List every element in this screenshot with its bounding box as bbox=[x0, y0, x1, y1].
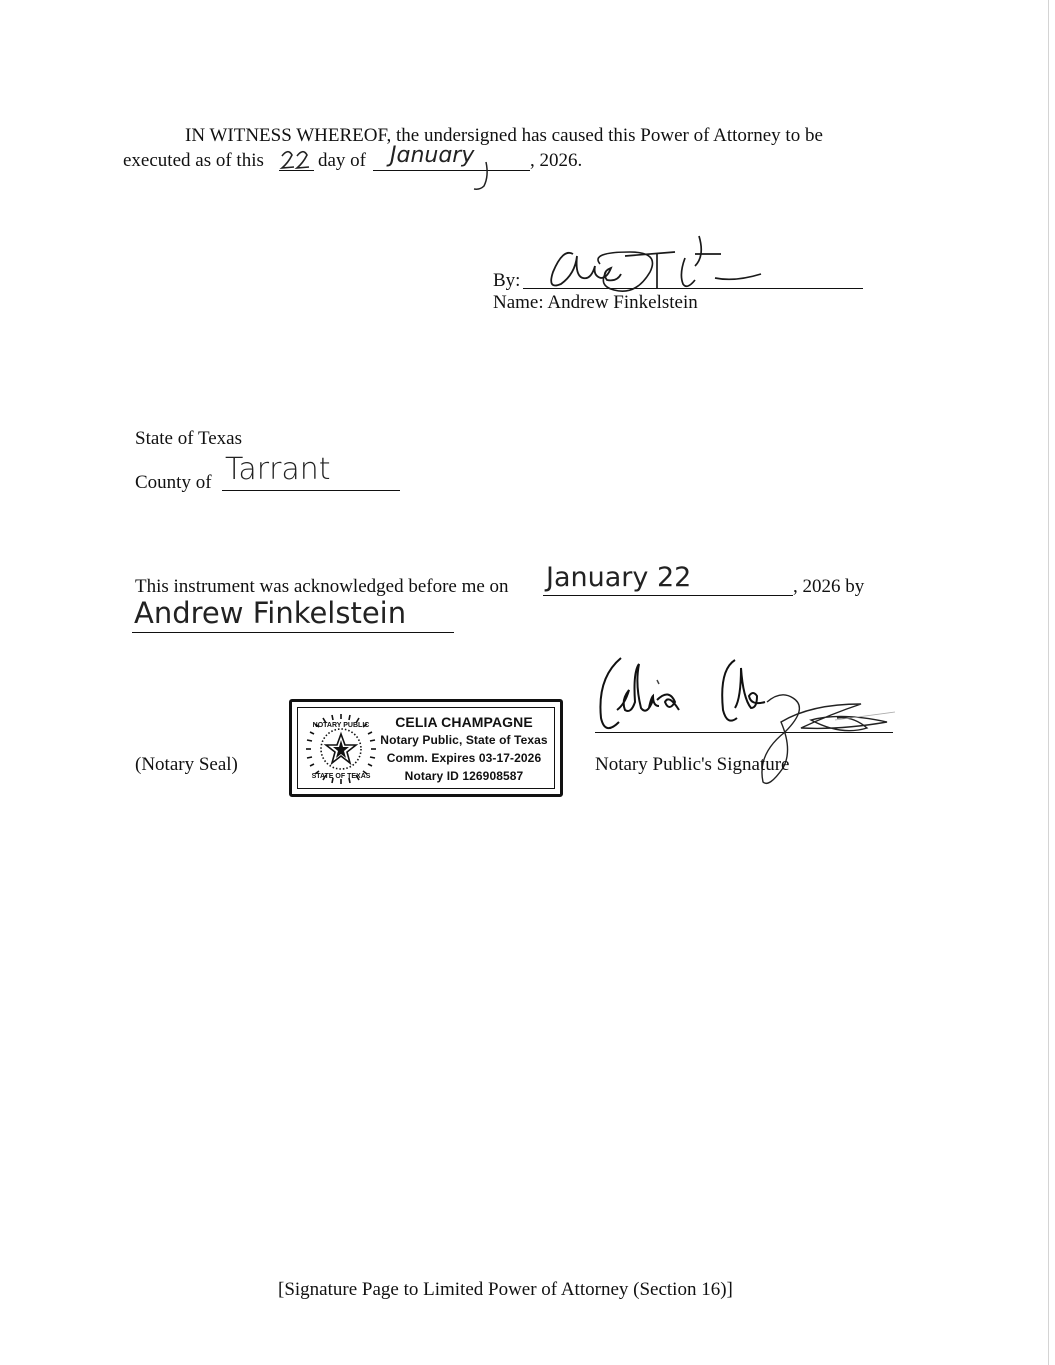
notary-signature-label: Notary Public's Signature bbox=[595, 754, 789, 776]
acknowledgment-suffix: , 2026 by bbox=[793, 576, 864, 598]
notary-name: CELIA CHAMPAGNE bbox=[376, 713, 552, 731]
county-label: County of bbox=[135, 472, 212, 494]
notary-expires: Comm. Expires 03-17-2026 bbox=[376, 749, 552, 767]
stamp-text: CELIA CHAMPAGNE Notary Public, State of … bbox=[376, 713, 552, 785]
notary-seal-star-icon: NOTARY PUBLIC STATE OF TEXAS bbox=[304, 712, 378, 786]
svg-text:NOTARY PUBLIC: NOTARY PUBLIC bbox=[313, 722, 370, 729]
notary-stamp: NOTARY PUBLIC STATE OF TEXAS CELIA CHAMP… bbox=[289, 699, 563, 797]
signer-blank bbox=[132, 632, 454, 633]
acknowledgment-prefix: This instrument was acknowledged before … bbox=[135, 576, 509, 598]
by-label: By: bbox=[493, 270, 520, 292]
notary-seal-label: (Notary Seal) bbox=[135, 754, 238, 776]
month-handwritten-tail bbox=[470, 160, 500, 192]
stamp-inner-border: NOTARY PUBLIC STATE OF TEXAS CELIA CHAMP… bbox=[297, 707, 555, 789]
signer-handwritten: Andrew Finkelstein bbox=[134, 596, 406, 630]
day-handwritten bbox=[279, 144, 319, 174]
footer-caption: [Signature Page to Limited Power of Atto… bbox=[278, 1279, 733, 1301]
svg-text:STATE OF TEXAS: STATE OF TEXAS bbox=[312, 773, 371, 780]
ack-date-handwritten: January 22 bbox=[546, 562, 691, 593]
ack-date-blank bbox=[543, 595, 793, 596]
month-handwritten: Jɑnuɑry bbox=[390, 143, 474, 168]
witness-clause-prefix: executed as of this bbox=[123, 150, 264, 172]
month-blank bbox=[373, 170, 530, 171]
county-blank bbox=[222, 490, 400, 491]
state-line: State of Texas bbox=[135, 428, 242, 450]
witness-clause-suffix: , 2026. bbox=[530, 150, 582, 172]
page-edge bbox=[1048, 0, 1049, 1365]
witness-clause-middle: day of bbox=[318, 150, 366, 172]
notary-signature bbox=[595, 650, 915, 800]
name-label: Name: Andrew Finkelstein bbox=[493, 292, 698, 314]
notary-title: Notary Public, State of Texas bbox=[376, 731, 552, 749]
county-handwritten: Tarrant bbox=[225, 452, 331, 487]
notary-id: Notary ID 126908587 bbox=[376, 767, 552, 785]
